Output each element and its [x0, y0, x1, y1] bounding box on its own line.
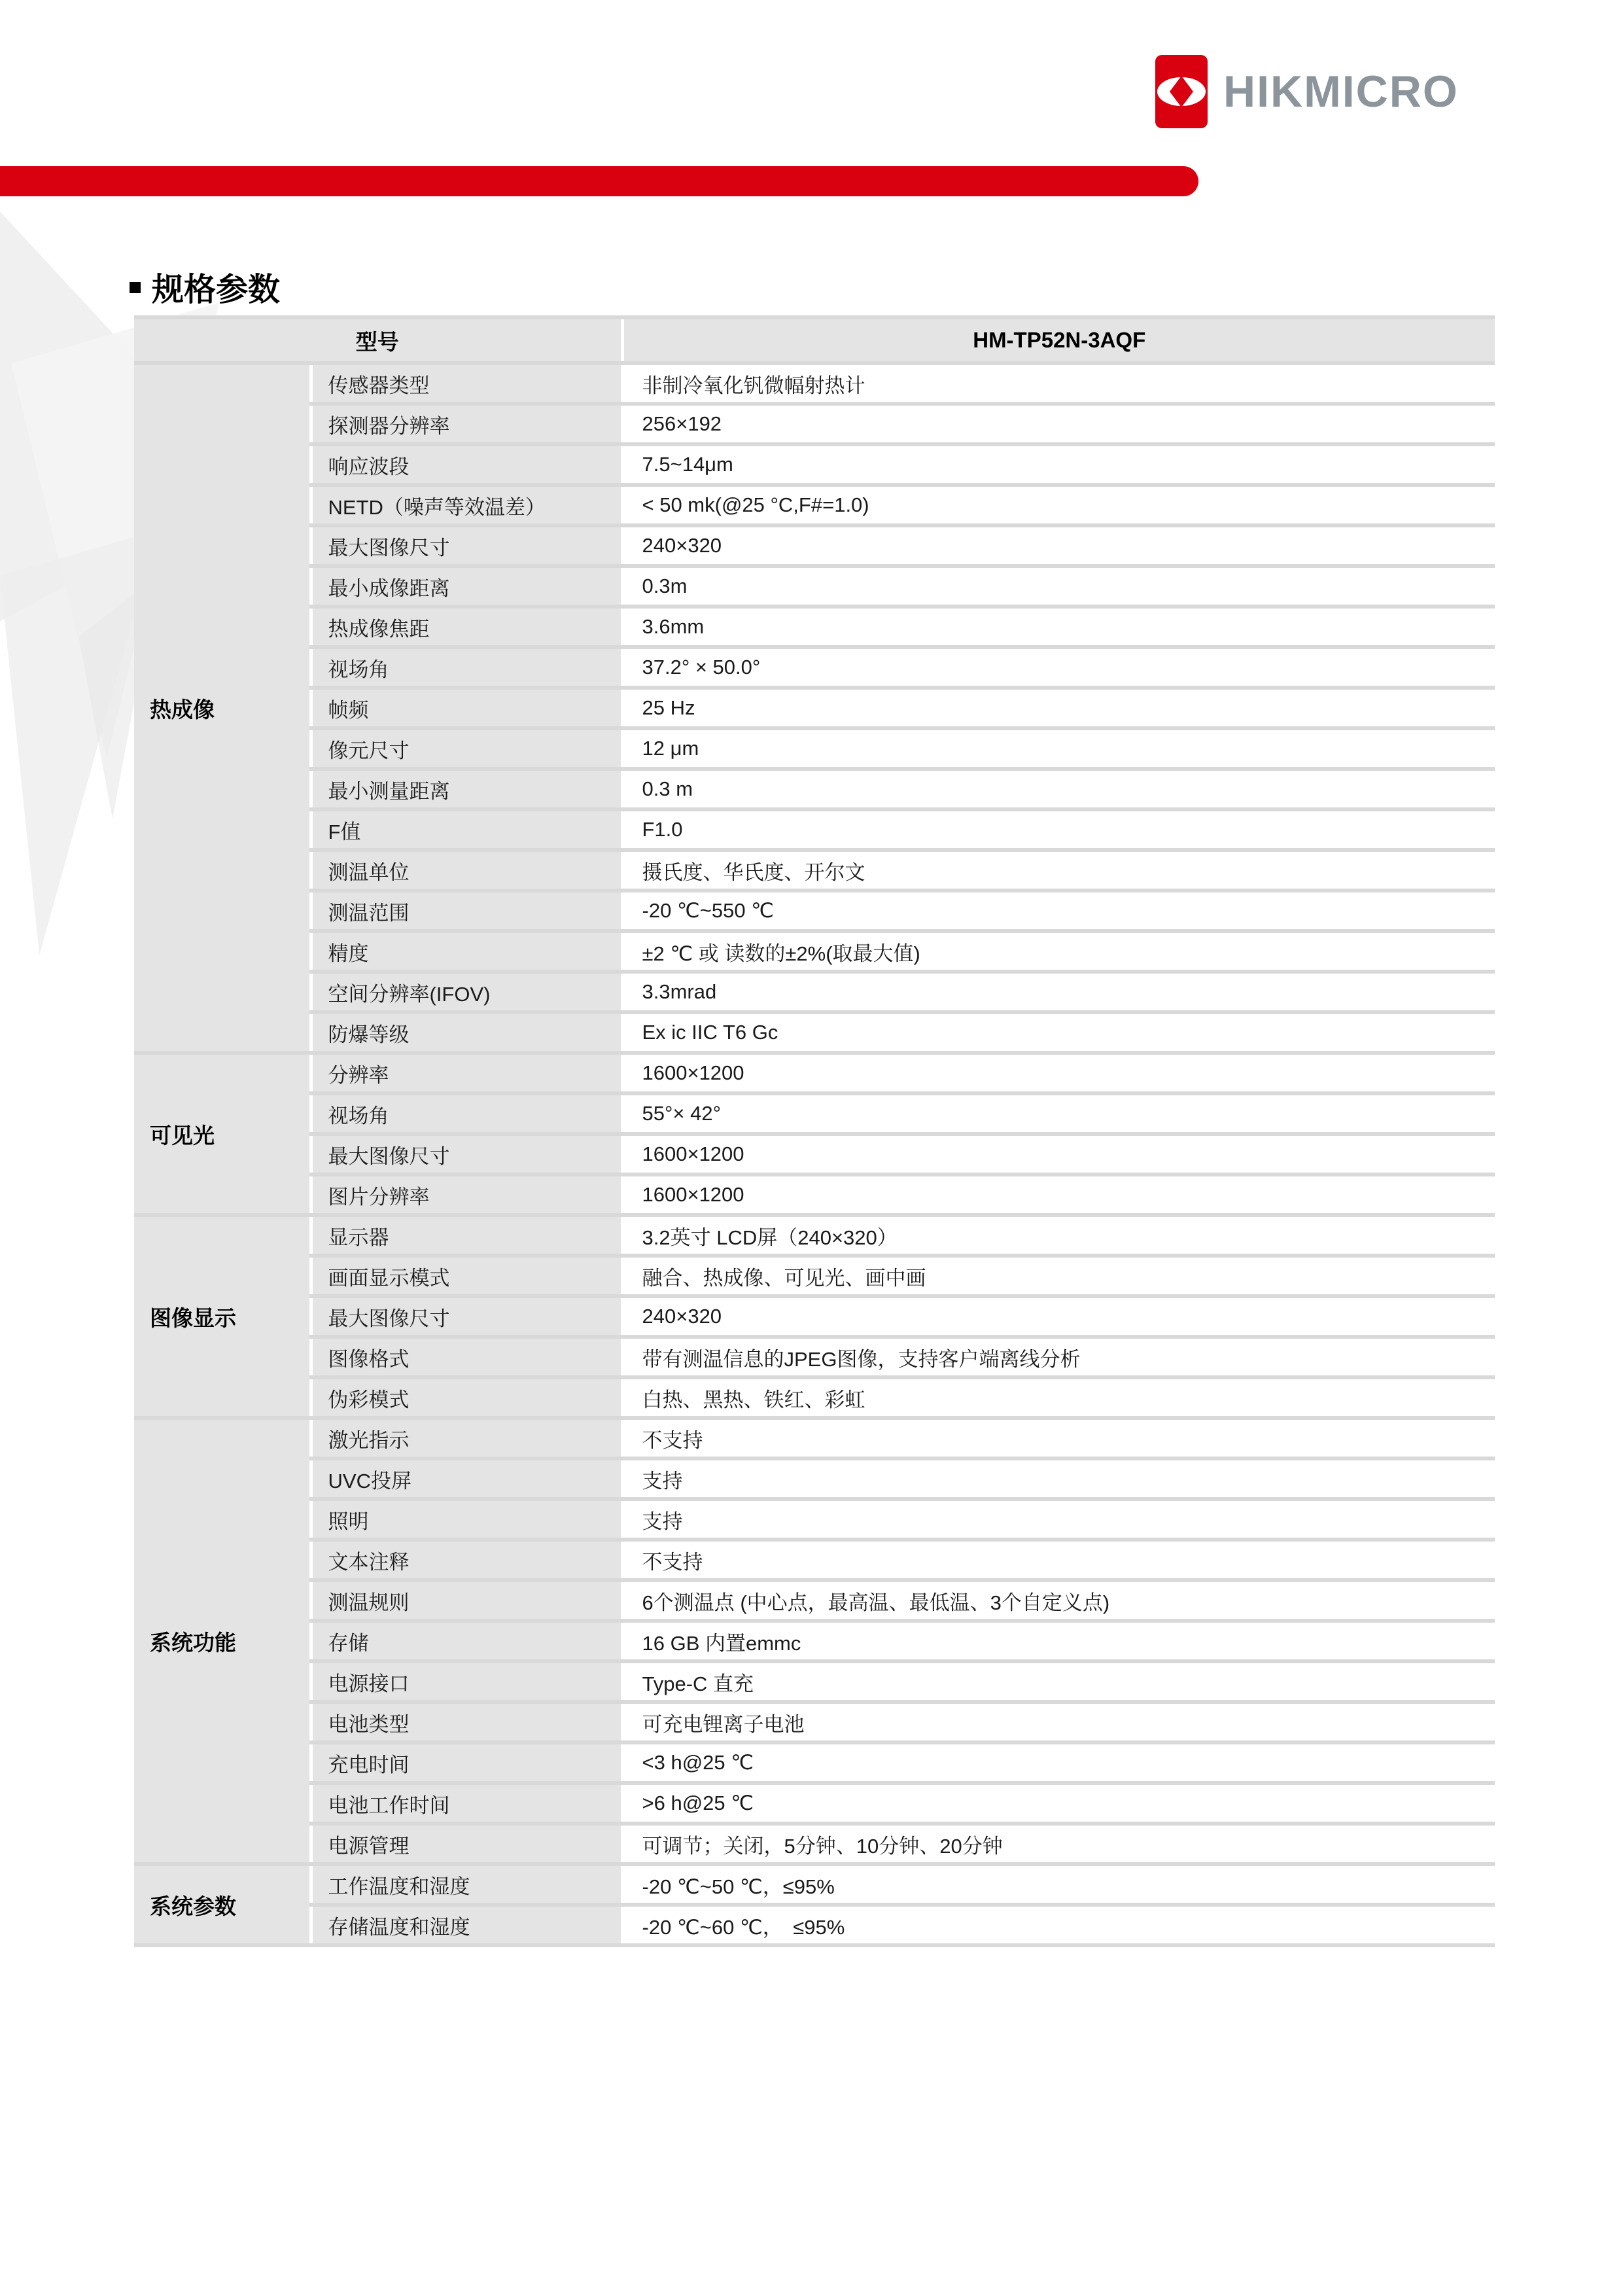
spec-value-cell: F1.0: [622, 809, 1495, 850]
spec-row: 照明支持: [134, 1499, 1495, 1540]
spec-label-cell: 防爆等级: [311, 1012, 622, 1053]
spec-label-cell: 最小成像距离: [311, 566, 622, 607]
spec-row: 文本注释不支持: [134, 1540, 1495, 1580]
spec-row: 图像格式带有测温信息的JPEG图像，支持客户端离线分析: [134, 1337, 1495, 1377]
spec-value-cell: 16 GB 内置emmc: [622, 1621, 1495, 1661]
spec-row: 精度±2 ℃ 或 读数的±2%(取最大值): [134, 931, 1495, 972]
hikmicro-eye-logo-icon: [1155, 55, 1208, 128]
spec-row: 存储温度和湿度-20 ℃~60 ℃， ≤95%: [134, 1905, 1495, 1945]
spec-value-cell: 1600×1200: [622, 1134, 1495, 1174]
spec-value-cell: 37.2° × 50.0°: [622, 647, 1495, 688]
spec-row: 视场角37.2° × 50.0°: [134, 647, 1495, 688]
spec-label-cell: F值: [311, 809, 622, 850]
spec-value-cell: 白热、黑热、铁红、彩虹: [622, 1377, 1495, 1418]
spec-row: 图片分辨率1600×1200: [134, 1174, 1495, 1215]
spec-row: 系统功能激光指示不支持: [134, 1418, 1495, 1458]
spec-label-cell: 测温规则: [311, 1580, 622, 1621]
spec-row: 响应波段7.5~14μm: [134, 444, 1495, 485]
hikmicro-logo-text: HIKMICRO: [1223, 66, 1459, 117]
spec-row: 测温范围-20 ℃~550 ℃: [134, 891, 1495, 931]
spec-value-cell: 240×320: [622, 1296, 1495, 1337]
spec-row: 电池类型可充电锂离子电池: [134, 1702, 1495, 1742]
spec-row: 最大图像尺寸1600×1200: [134, 1134, 1495, 1174]
spec-value-cell: 可充电锂离子电池: [622, 1702, 1495, 1742]
spec-value-cell: -20 ℃~50 ℃，≤95%: [622, 1864, 1495, 1905]
category-cell: 系统功能: [134, 1418, 311, 1864]
spec-row: 热成像焦距3.6mm: [134, 607, 1495, 647]
spec-value-cell: ±2 ℃ 或 读数的±2%(取最大值): [622, 931, 1495, 972]
spec-label-cell: 测温单位: [311, 850, 622, 891]
spec-value-cell: 25 Hz: [622, 688, 1495, 728]
page-title: 规格参数: [130, 264, 280, 310]
spec-value-cell: 不支持: [622, 1418, 1495, 1458]
spec-row: 电源接口Type-C 直充: [134, 1661, 1495, 1702]
spec-value-cell: 3.2英寸 LCD屏（240×320）: [622, 1215, 1495, 1256]
spec-label-cell: 文本注释: [311, 1540, 622, 1580]
spec-value-cell: 1600×1200: [622, 1174, 1495, 1215]
spec-value-cell: < 50 mk(@25 °C,F#=1.0): [622, 485, 1495, 525]
category-cell: 图像显示: [134, 1215, 311, 1418]
spec-row: 最大图像尺寸240×320: [134, 525, 1495, 566]
spec-value-cell: 带有测温信息的JPEG图像，支持客户端离线分析: [622, 1337, 1495, 1377]
spec-value-cell: 1600×1200: [622, 1053, 1495, 1093]
spec-value-cell: Ex ic IIC T6 Gc: [622, 1012, 1495, 1053]
spec-value-cell: 240×320: [622, 525, 1495, 566]
spec-label-cell: 响应波段: [311, 444, 622, 485]
spec-label-cell: 最大图像尺寸: [311, 1296, 622, 1337]
spec-value-cell: -20 ℃~60 ℃， ≤95%: [622, 1905, 1495, 1945]
spec-label-cell: 画面显示模式: [311, 1256, 622, 1296]
spec-row: 画面显示模式融合、热成像、可见光、画中画: [134, 1256, 1495, 1296]
spec-label-cell: 电池类型: [311, 1702, 622, 1742]
spec-label-cell: 最小测量距离: [311, 769, 622, 809]
spec-label-cell: 存储温度和湿度: [311, 1905, 622, 1945]
red-accent-bar: [0, 166, 1198, 196]
spec-label-cell: 视场角: [311, 647, 622, 688]
spec-value-cell: 55°× 42°: [622, 1093, 1495, 1134]
title-bullet-square: [130, 282, 141, 293]
spec-row: 最小测量距离0.3 m: [134, 769, 1495, 809]
spec-label-cell: 图像格式: [311, 1337, 622, 1377]
spec-label-cell: 精度: [311, 931, 622, 972]
spec-value-cell: <3 h@25 ℃: [622, 1742, 1495, 1783]
spec-row: 可见光分辨率1600×1200: [134, 1053, 1495, 1093]
model-header-cell: 型号: [134, 317, 622, 363]
spec-value-cell: 非制冷氧化钒微幅射热计: [622, 363, 1495, 404]
spec-value-cell: 12 μm: [622, 728, 1495, 769]
spec-row: 空间分辨率(IFOV)3.3mrad: [134, 972, 1495, 1012]
spec-value-cell: 摄氏度、华氏度、开尔文: [622, 850, 1495, 891]
spec-label-cell: 激光指示: [311, 1418, 622, 1458]
spec-label-cell: 测温范围: [311, 891, 622, 931]
spec-label-cell: 帧频: [311, 688, 622, 728]
spec-table: 型号 HM-TP52N-3AQF 热成像传感器类型非制冷氧化钒微幅射热计探测器分…: [134, 315, 1495, 1947]
spec-value-cell: 支持: [622, 1499, 1495, 1540]
spec-row: 探测器分辨率256×192: [134, 404, 1495, 444]
spec-label-cell: 存储: [311, 1621, 622, 1661]
spec-row: 系统参数工作温度和湿度-20 ℃~50 ℃，≤95%: [134, 1864, 1495, 1905]
spec-sheet-page: HIKMICRO 规格参数 型号 HM-TP52N-3AQF 热成像传感器类型非…: [0, 0, 1623, 2296]
spec-row: 热成像传感器类型非制冷氧化钒微幅射热计: [134, 363, 1495, 404]
spec-label-cell: 伪彩模式: [311, 1377, 622, 1418]
spec-label-cell: 最大图像尺寸: [311, 525, 622, 566]
spec-row: 图像显示显示器3.2英寸 LCD屏（240×320）: [134, 1215, 1495, 1256]
spec-row: 电池工作时间>6 h@25 ℃: [134, 1783, 1495, 1824]
model-value-cell: HM-TP52N-3AQF: [622, 317, 1495, 363]
hikmicro-logo: HIKMICRO: [1155, 55, 1459, 128]
spec-label-cell: UVC投屏: [311, 1458, 622, 1499]
category-cell: 可见光: [134, 1053, 311, 1215]
spec-label-cell: 图片分辨率: [311, 1174, 622, 1215]
spec-label-cell: 照明: [311, 1499, 622, 1540]
spec-label-cell: NETD（噪声等效温差）: [311, 485, 622, 525]
spec-row: UVC投屏支持: [134, 1458, 1495, 1499]
spec-label-cell: 分辨率: [311, 1053, 622, 1093]
spec-value-cell: 6个测温点 (中心点，最高温、最低温、3个自定义点): [622, 1580, 1495, 1621]
category-cell: 热成像: [134, 363, 311, 1053]
spec-row: 最小成像距离0.3m: [134, 566, 1495, 607]
spec-value-cell: 不支持: [622, 1540, 1495, 1580]
table-header-row: 型号 HM-TP52N-3AQF: [134, 317, 1495, 363]
spec-label-cell: 传感器类型: [311, 363, 622, 404]
spec-row: 防爆等级Ex ic IIC T6 Gc: [134, 1012, 1495, 1053]
spec-value-cell: 0.3m: [622, 566, 1495, 607]
spec-row: 充电时间<3 h@25 ℃: [134, 1742, 1495, 1783]
spec-row: 测温单位摄氏度、华氏度、开尔文: [134, 850, 1495, 891]
spec-label-cell: 电源管理: [311, 1824, 622, 1864]
spec-label-cell: 视场角: [311, 1093, 622, 1134]
spec-label-cell: 空间分辨率(IFOV): [311, 972, 622, 1012]
spec-value-cell: 7.5~14μm: [622, 444, 1495, 485]
spec-row: 测温规则6个测温点 (中心点，最高温、最低温、3个自定义点): [134, 1580, 1495, 1621]
category-cell: 系统参数: [134, 1864, 311, 1945]
spec-label-cell: 充电时间: [311, 1742, 622, 1783]
spec-row: F值F1.0: [134, 809, 1495, 850]
spec-row: NETD（噪声等效温差）< 50 mk(@25 °C,F#=1.0): [134, 485, 1495, 525]
spec-value-cell: Type-C 直充: [622, 1661, 1495, 1702]
spec-label-cell: 电池工作时间: [311, 1783, 622, 1824]
spec-value-cell: 3.3mrad: [622, 972, 1495, 1012]
spec-label-cell: 电源接口: [311, 1661, 622, 1702]
spec-label-cell: 工作温度和湿度: [311, 1864, 622, 1905]
spec-row: 电源管理可调节；关闭，5分钟、10分钟、20分钟: [134, 1824, 1495, 1864]
spec-row: 像元尺寸12 μm: [134, 728, 1495, 769]
spec-row: 最大图像尺寸240×320: [134, 1296, 1495, 1337]
spec-row: 帧频25 Hz: [134, 688, 1495, 728]
spec-value-cell: 融合、热成像、可见光、画中画: [622, 1256, 1495, 1296]
spec-value-cell: 0.3 m: [622, 769, 1495, 809]
spec-label-cell: 探测器分辨率: [311, 404, 622, 444]
spec-row: 存储16 GB 内置emmc: [134, 1621, 1495, 1661]
spec-row: 视场角55°× 42°: [134, 1093, 1495, 1134]
spec-label-cell: 热成像焦距: [311, 607, 622, 647]
spec-value-cell: -20 ℃~550 ℃: [622, 891, 1495, 931]
spec-value-cell: 可调节；关闭，5分钟、10分钟、20分钟: [622, 1824, 1495, 1864]
spec-label-cell: 最大图像尺寸: [311, 1134, 622, 1174]
spec-label-cell: 像元尺寸: [311, 728, 622, 769]
spec-label-cell: 显示器: [311, 1215, 622, 1256]
spec-value-cell: 256×192: [622, 404, 1495, 444]
spec-row: 伪彩模式白热、黑热、铁红、彩虹: [134, 1377, 1495, 1418]
page-title-text: 规格参数: [152, 264, 280, 310]
spec-value-cell: 支持: [622, 1458, 1495, 1499]
spec-value-cell: >6 h@25 ℃: [622, 1783, 1495, 1824]
spec-value-cell: 3.6mm: [622, 607, 1495, 647]
